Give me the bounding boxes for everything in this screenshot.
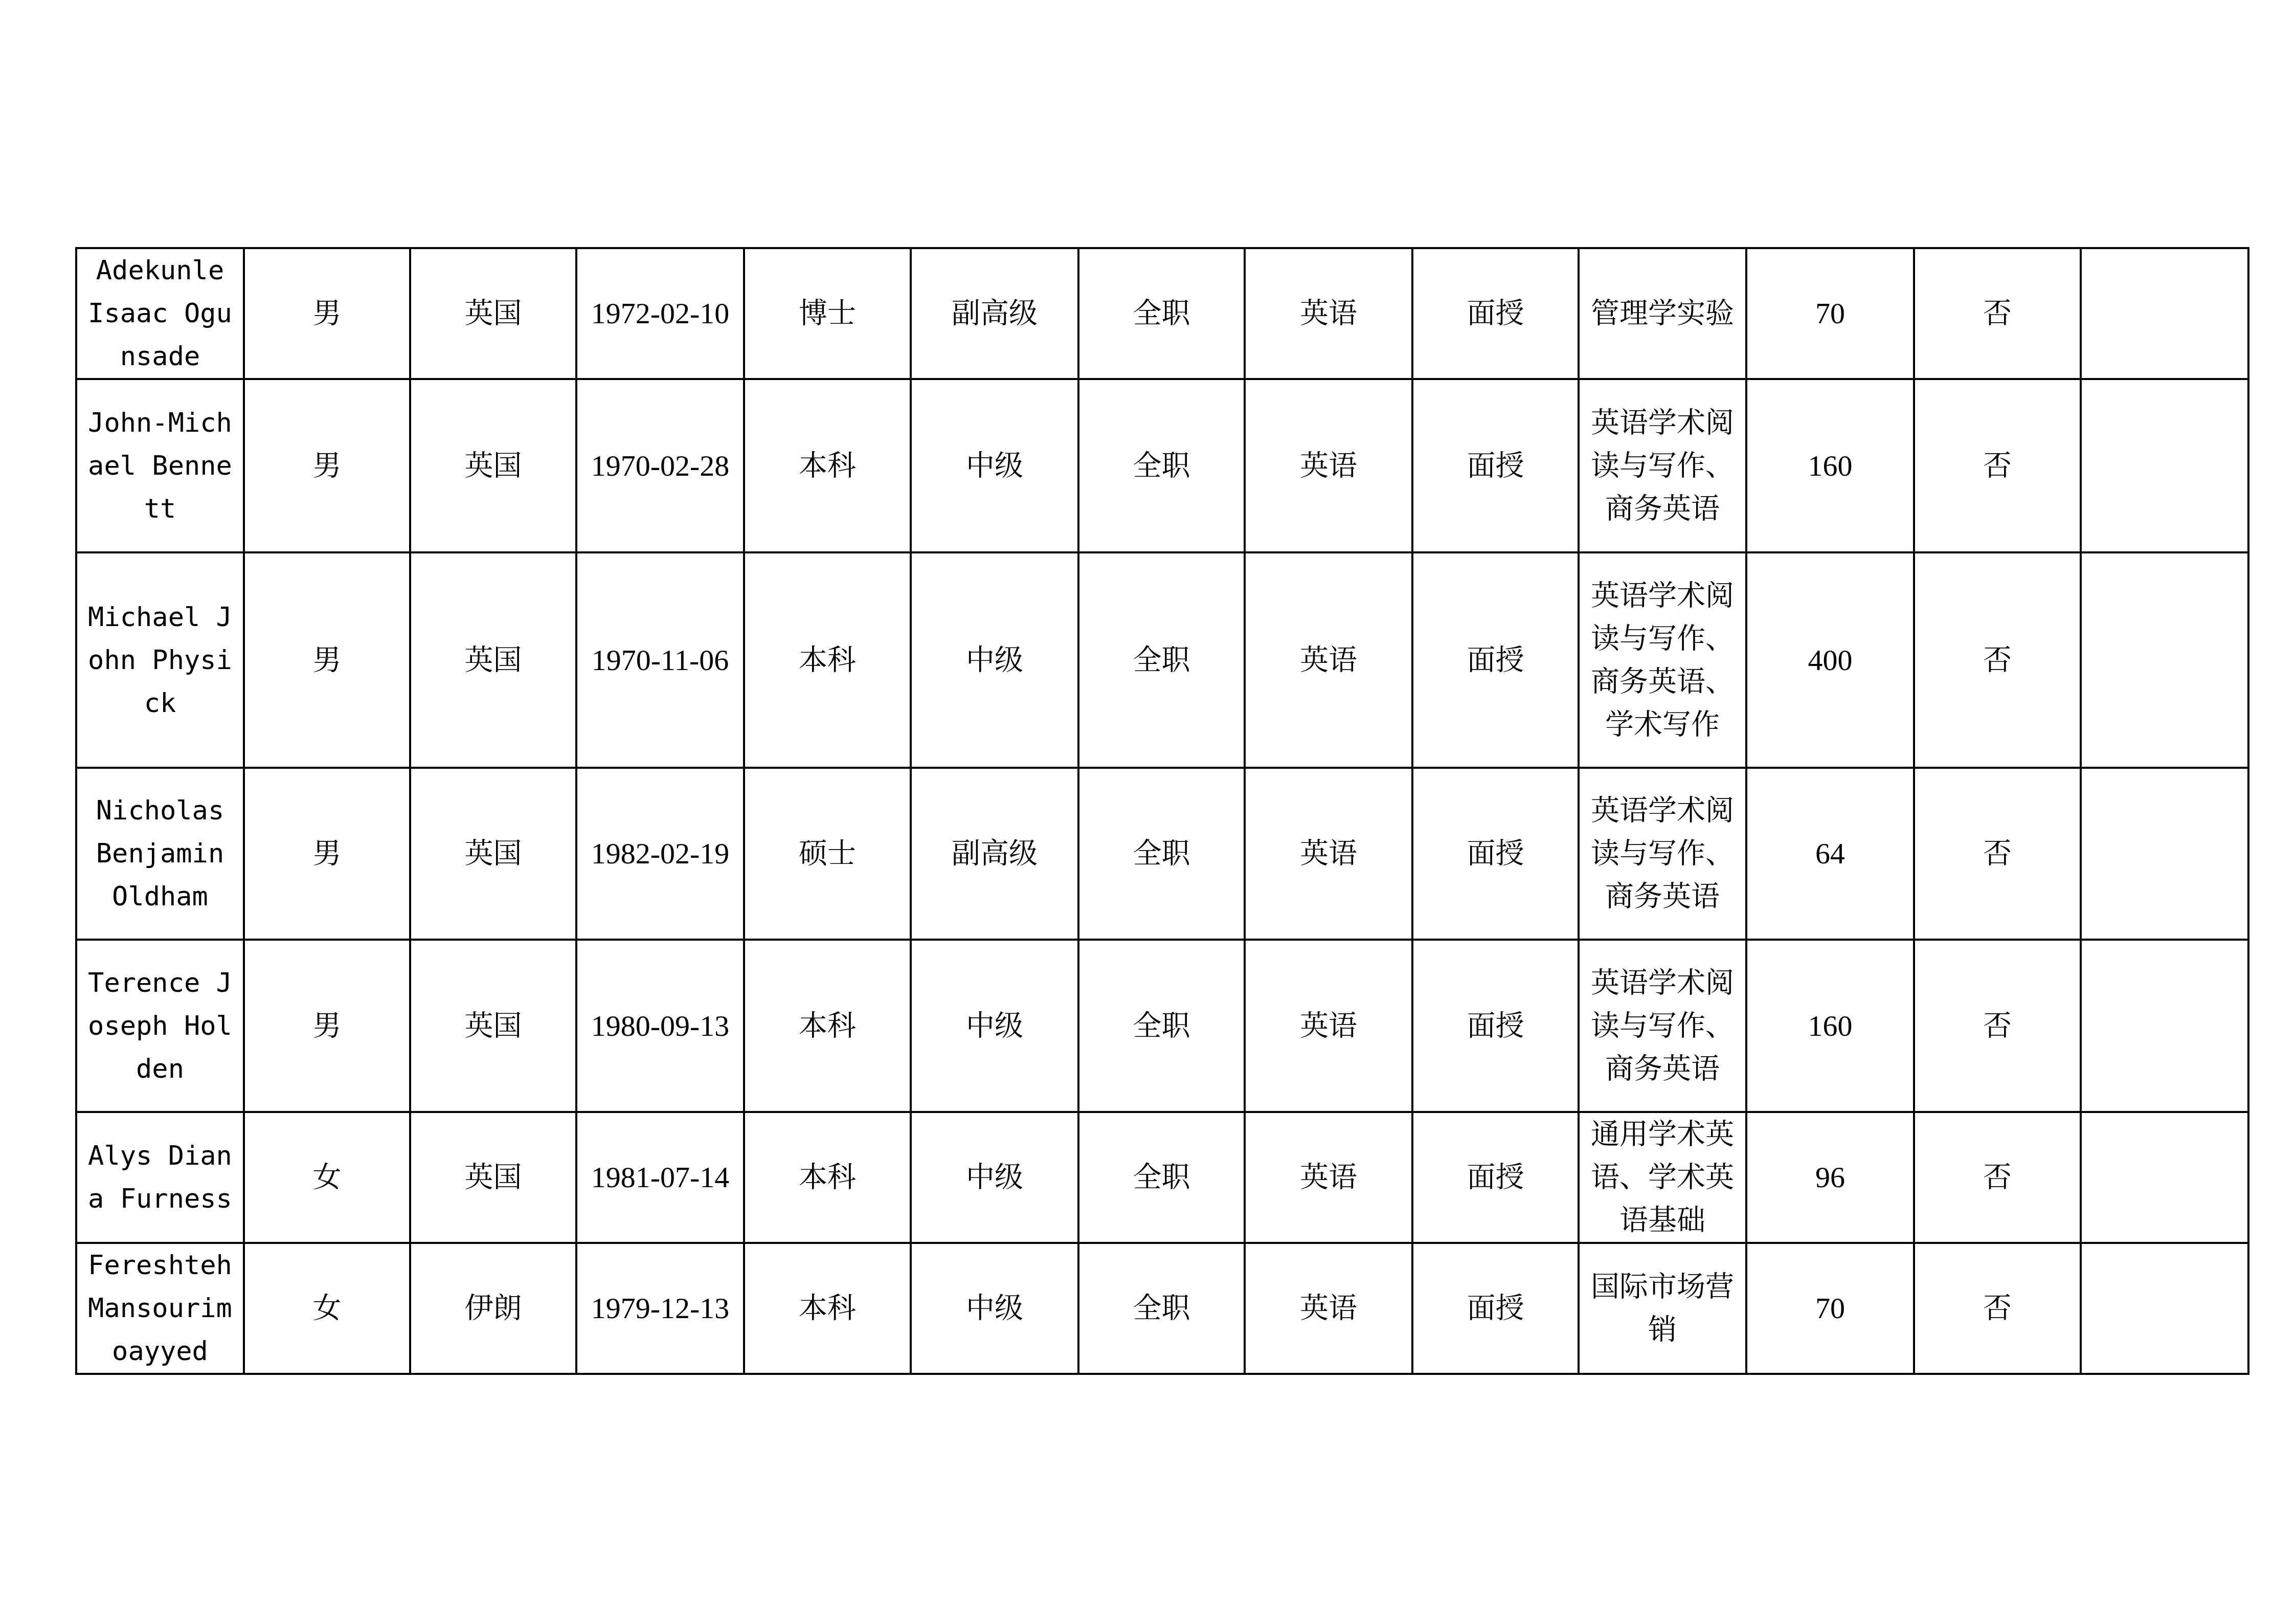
cell-courses: 通用学术英语、学术英语基础	[1579, 1112, 1746, 1243]
cell-flag: 否	[1914, 379, 2081, 552]
cell-gender: 男	[244, 552, 410, 768]
cell-degree: 本科	[744, 1243, 911, 1374]
cell-nationality: 英国	[410, 248, 576, 379]
cell-nationality: 英国	[410, 552, 576, 768]
cell-employment: 全职	[1078, 1112, 1245, 1243]
cell-name: Terence Joseph Holden	[76, 940, 244, 1112]
cell-teaching-mode: 面授	[1412, 940, 1579, 1112]
cell-name: Michael John Physick	[76, 552, 244, 768]
cell-birth-date: 1982-02-19	[576, 768, 744, 940]
table-row: Alys Diana Furness 女 英国 1981-07-14 本科 中级…	[76, 1112, 2248, 1243]
cell-title-level: 中级	[911, 1112, 1078, 1243]
cell-title-level: 中级	[911, 940, 1078, 1112]
cell-nationality: 伊朗	[410, 1243, 576, 1374]
cell-name: John-Michael Bennett	[76, 379, 244, 552]
cell-remarks	[2081, 1112, 2248, 1243]
cell-language: 英语	[1245, 1243, 1412, 1374]
cell-courses: 英语学术阅读与写作、商务英语、学术写作	[1579, 552, 1746, 768]
cell-hours: 70	[1746, 248, 1914, 379]
cell-hours: 64	[1746, 768, 1914, 940]
cell-degree: 本科	[744, 552, 911, 768]
table-row: Nicholas Benjamin Oldham 男 英国 1982-02-19…	[76, 768, 2248, 940]
cell-employment: 全职	[1078, 1243, 1245, 1374]
cell-employment: 全职	[1078, 379, 1245, 552]
cell-birth-date: 1980-09-13	[576, 940, 744, 1112]
cell-nationality: 英国	[410, 768, 576, 940]
cell-employment: 全职	[1078, 248, 1245, 379]
cell-degree: 硕士	[744, 768, 911, 940]
cell-birth-date: 1972-02-10	[576, 248, 744, 379]
cell-remarks	[2081, 552, 2248, 768]
cell-birth-date: 1981-07-14	[576, 1112, 744, 1243]
cell-language: 英语	[1245, 248, 1412, 379]
cell-teaching-mode: 面授	[1412, 1112, 1579, 1243]
cell-language: 英语	[1245, 940, 1412, 1112]
cell-remarks	[2081, 940, 2248, 1112]
cell-title-level: 副高级	[911, 248, 1078, 379]
cell-employment: 全职	[1078, 940, 1245, 1112]
table-row: Terence Joseph Holden 男 英国 1980-09-13 本科…	[76, 940, 2248, 1112]
cell-flag: 否	[1914, 552, 2081, 768]
cell-employment: 全职	[1078, 552, 1245, 768]
cell-birth-date: 1979-12-13	[576, 1243, 744, 1374]
cell-courses: 英语学术阅读与写作、商务英语	[1579, 768, 1746, 940]
cell-gender: 男	[244, 248, 410, 379]
cell-flag: 否	[1914, 248, 2081, 379]
cell-courses: 管理学实验	[1579, 248, 1746, 379]
cell-degree: 博士	[744, 248, 911, 379]
cell-teaching-mode: 面授	[1412, 1243, 1579, 1374]
cell-nationality: 英国	[410, 940, 576, 1112]
cell-remarks	[2081, 379, 2248, 552]
cell-name: Fereshteh Mansourimoayyed	[76, 1243, 244, 1374]
cell-teaching-mode: 面授	[1412, 768, 1579, 940]
cell-name: Adekunle Isaac Ogunsade	[76, 248, 244, 379]
cell-hours: 400	[1746, 552, 1914, 768]
table-row: John-Michael Bennett 男 英国 1970-02-28 本科 …	[76, 379, 2248, 552]
cell-language: 英语	[1245, 552, 1412, 768]
cell-gender: 男	[244, 768, 410, 940]
cell-nationality: 英国	[410, 1112, 576, 1243]
table-row: Adekunle Isaac Ogunsade 男 英国 1972-02-10 …	[76, 248, 2248, 379]
cell-remarks	[2081, 248, 2248, 379]
table-row: Michael John Physick 男 英国 1970-11-06 本科 …	[76, 552, 2248, 768]
table-row: Fereshteh Mansourimoayyed 女 伊朗 1979-12-1…	[76, 1243, 2248, 1374]
cell-remarks	[2081, 1243, 2248, 1374]
cell-gender: 男	[244, 940, 410, 1112]
cell-employment: 全职	[1078, 768, 1245, 940]
cell-language: 英语	[1245, 1112, 1412, 1243]
cell-degree: 本科	[744, 1112, 911, 1243]
cell-nationality: 英国	[410, 379, 576, 552]
cell-hours: 96	[1746, 1112, 1914, 1243]
cell-flag: 否	[1914, 940, 2081, 1112]
cell-hours: 160	[1746, 940, 1914, 1112]
cell-remarks	[2081, 768, 2248, 940]
cell-gender: 女	[244, 1112, 410, 1243]
cell-courses: 国际市场营销	[1579, 1243, 1746, 1374]
cell-name: Alys Diana Furness	[76, 1112, 244, 1243]
cell-name: Nicholas Benjamin Oldham	[76, 768, 244, 940]
cell-gender: 女	[244, 1243, 410, 1374]
cell-title-level: 中级	[911, 379, 1078, 552]
cell-teaching-mode: 面授	[1412, 248, 1579, 379]
cell-hours: 70	[1746, 1243, 1914, 1374]
faculty-table: Adekunle Isaac Ogunsade 男 英国 1972-02-10 …	[75, 247, 2249, 1375]
cell-title-level: 中级	[911, 552, 1078, 768]
cell-degree: 本科	[744, 379, 911, 552]
cell-gender: 男	[244, 379, 410, 552]
cell-courses: 英语学术阅读与写作、商务英语	[1579, 940, 1746, 1112]
cell-language: 英语	[1245, 379, 1412, 552]
cell-teaching-mode: 面授	[1412, 379, 1579, 552]
cell-title-level: 中级	[911, 1243, 1078, 1374]
cell-courses: 英语学术阅读与写作、商务英语	[1579, 379, 1746, 552]
cell-birth-date: 1970-02-28	[576, 379, 744, 552]
cell-degree: 本科	[744, 940, 911, 1112]
cell-title-level: 副高级	[911, 768, 1078, 940]
cell-flag: 否	[1914, 1112, 2081, 1243]
cell-flag: 否	[1914, 768, 2081, 940]
cell-birth-date: 1970-11-06	[576, 552, 744, 768]
cell-teaching-mode: 面授	[1412, 552, 1579, 768]
cell-hours: 160	[1746, 379, 1914, 552]
cell-language: 英语	[1245, 768, 1412, 940]
cell-flag: 否	[1914, 1243, 2081, 1374]
